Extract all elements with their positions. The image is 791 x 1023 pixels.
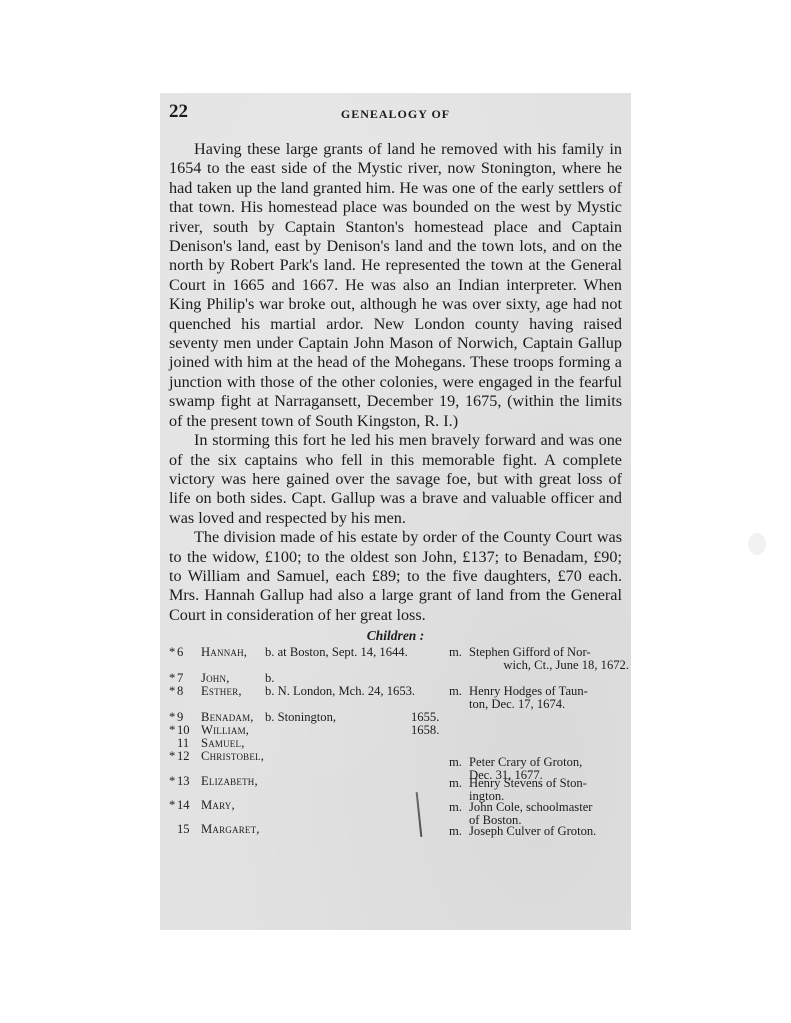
child-birth: b. Stonington, [265,711,336,724]
marriage-label: m. [449,777,469,790]
marriage-line1: Henry Hodges of Taun- [469,684,588,698]
marriage-line2: ton, Dec. 17, 1674. [449,698,629,711]
child-year: 1658. [411,724,439,737]
paragraph: Having these large grants of land he rem… [169,140,622,431]
marriage-label: m. [449,825,469,838]
marriage-line1: John Cole, schoolmaster [469,800,592,814]
marriage-line1: Joseph Culver of Groton. [469,824,596,838]
marriage-label: m. [449,646,469,659]
child-birth: b. N. London, Mch. 24, 1653. [265,685,415,698]
child-marriage: m.Henry Hodges of Taun- ton, Dec. 17, 16… [449,685,629,711]
child-name: Elizabeth, [201,775,258,788]
star-marker: * [169,646,177,659]
body-text: Having these large grants of land he rem… [169,140,622,625]
child-entry: * 6 Hannah, b. at Boston, Sept. 14, 1644… [169,646,622,672]
child-entry: * 8 Esther, b. N. London, Mch. 24, 1653.… [169,685,622,711]
child-number: 6 [177,646,199,659]
marriage-line2: wich, Ct., June 18, 1672. [449,659,629,672]
child-name: Esther, [201,685,242,698]
child-number: 15 [177,823,199,836]
running-head: GENEALOGY OF [169,107,622,122]
paragraph: The division made of his estate by order… [169,528,622,625]
child-number: 12 [177,750,199,763]
marriage-label: m. [449,685,469,698]
star-marker: * [169,799,177,812]
child-name: Christobel, [201,750,264,763]
star-marker: * [169,724,177,737]
children-list: * 6 Hannah, b. at Boston, Sept. 14, 1644… [169,646,622,839]
scan-smudge [748,533,766,555]
child-number: 8 [177,685,199,698]
paragraph: In storming this fort he led his men bra… [169,431,622,528]
child-name: Hannah, [201,646,247,659]
marriage-line1: Peter Crary of Groton, [469,755,582,769]
child-name: Margaret, [201,823,260,836]
child-entry: * 12 Christobel, m.Peter Crary of Groton… [169,750,622,771]
marriage-label: m. [449,756,469,769]
child-name: Mary, [201,799,235,812]
child-number: 14 [177,799,199,812]
page-header: 22 GENEALOGY OF [169,101,622,131]
child-marriage: m.Joseph Culver of Groton. [449,825,629,838]
child-birth: b. at Boston, Sept. 14, 1644. [265,646,408,659]
star-marker: * [169,750,177,763]
child-entry: * 13 Elizabeth, m.Henry Stevens of Ston-… [169,771,622,795]
marriage-line1: Stephen Gifford of Nor- [469,645,591,659]
marriage-label: m. [449,801,469,814]
child-entry: 15 Margaret, m.Joseph Culver of Groton. [169,819,622,839]
children-heading: Children : [169,628,622,644]
child-number: 13 [177,775,199,788]
child-entry: * 14 Mary, m.John Cole, schoolmaster of … [169,795,622,819]
scanned-page: 22 GENEALOGY OF Having these large grant… [160,93,631,930]
marriage-line1: Henry Stevens of Ston- [469,776,587,790]
star-marker: * [169,775,177,788]
star-marker: * [169,685,177,698]
child-marriage: m.Stephen Gifford of Nor- wich, Ct., Jun… [449,646,629,672]
